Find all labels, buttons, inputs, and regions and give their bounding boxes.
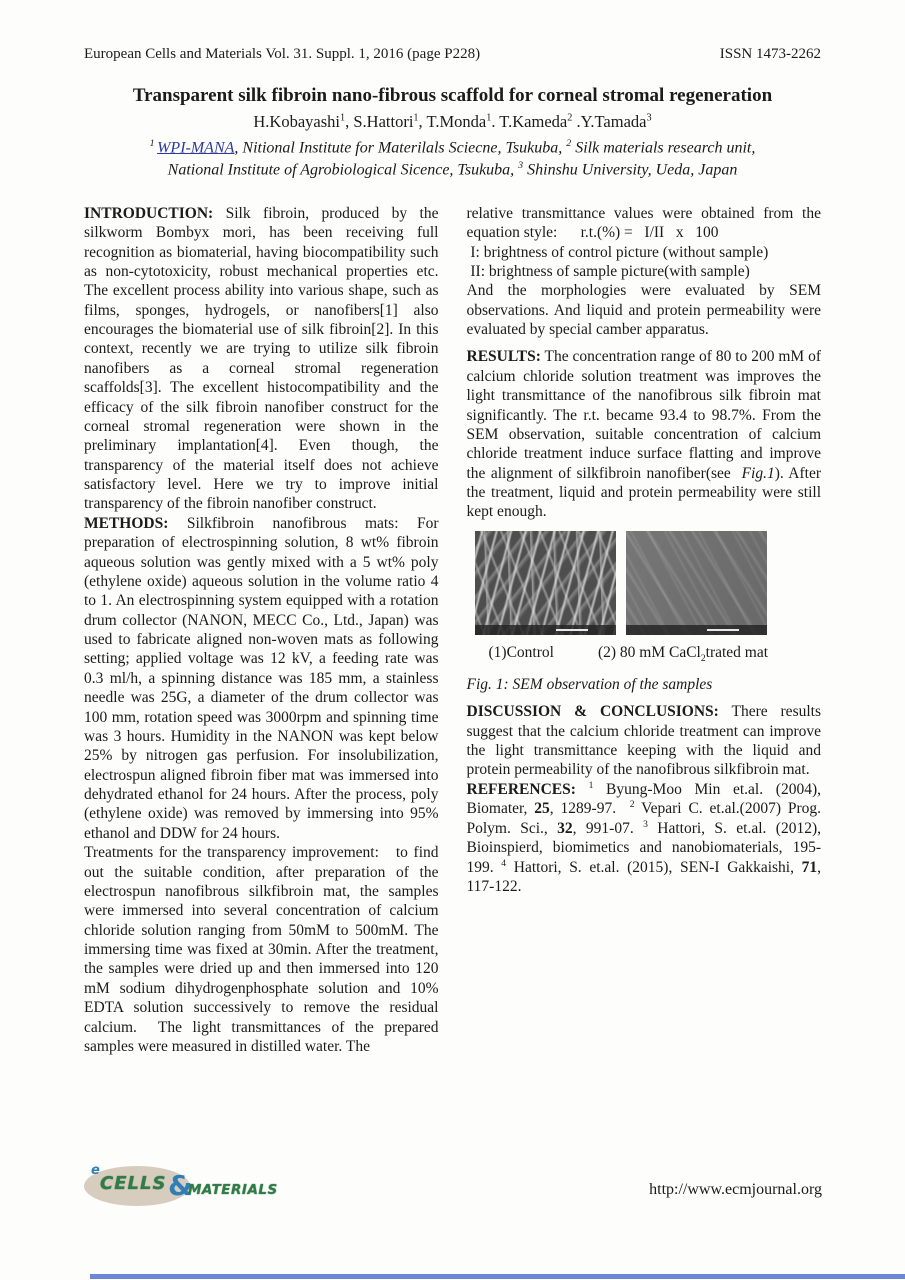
page-bottom-strip bbox=[90, 1274, 905, 1279]
text-segment: , T.Monda bbox=[419, 112, 487, 131]
text-segment: (2) 80 mM CaCl bbox=[598, 644, 701, 661]
text-segment: , S.Hattori bbox=[345, 112, 413, 131]
authors-line: H.Kobayashi1, S.Hattori1, T.Monda1. T.Ka… bbox=[84, 112, 821, 132]
logo-cells-text: CELLS bbox=[100, 1173, 166, 1194]
text-segment: Treatments for the transparency improvem… bbox=[84, 844, 439, 1055]
text-segment: , Nitional Institute for Materilals Scie… bbox=[234, 139, 566, 156]
text-segment: Hattori, S. et.al. (2015), SEN-I Gakkais… bbox=[506, 859, 802, 876]
text-segment: RESULTS: bbox=[467, 348, 541, 365]
text-segment: , 991-07. bbox=[573, 820, 643, 837]
paper-title: Transparent silk fibroin nano-fibrous sc… bbox=[84, 85, 821, 107]
right-column: relative transmittance values were obtai… bbox=[467, 204, 822, 1057]
text-segment bbox=[576, 781, 589, 798]
equation-line-I: I: brightness of control picture (withou… bbox=[467, 243, 822, 262]
equation-line-II: II: brightness of sample picture(with sa… bbox=[467, 262, 822, 281]
sem-captions-row: (1)Control (2) 80 mM CaCl2trated mat bbox=[467, 643, 822, 665]
page-footer: e CELLS & MATERIALS http://www.ecmjourna… bbox=[84, 1163, 822, 1215]
text-segment: Silkfibroin nanofibrous mats: For prepar… bbox=[84, 515, 439, 842]
affiliations-line: 1 WPI-MANA, Nitional Institute for Mater… bbox=[84, 137, 821, 181]
logo-materials-text: MATERIALS bbox=[188, 1182, 278, 1198]
text-segment: 32 bbox=[557, 820, 573, 837]
figure-1: (1)Control (2) 80 mM CaCl2trated mat Fig… bbox=[467, 531, 822, 694]
ecm-journal-logo: e CELLS & MATERIALS bbox=[84, 1163, 264, 1215]
two-column-body: INTRODUCTION: Silk fibroin, produced by … bbox=[84, 204, 821, 1057]
morphology-paragraph: And the morphologies were evaluated by S… bbox=[467, 281, 822, 339]
scale-bar-icon bbox=[707, 629, 739, 631]
paper-page: European Cells and Materials Vol. 31. Su… bbox=[0, 0, 905, 1280]
results-paragraph: RESULTS: The concentration range of 80 t… bbox=[467, 347, 822, 521]
sem-image-row bbox=[475, 531, 822, 635]
text-segment: relative transmittance values were obtai… bbox=[467, 205, 822, 241]
paper-content: European Cells and Materials Vol. 31. Su… bbox=[0, 0, 905, 1056]
sem-treated-image bbox=[626, 531, 767, 635]
sem-control-image bbox=[475, 531, 616, 635]
text-segment: DISCUSSION & CONCLUSIONS: bbox=[467, 703, 719, 720]
text-segment: Fig.1 bbox=[742, 465, 775, 482]
issn-number: ISSN 1473-2262 bbox=[720, 46, 821, 63]
caption-treated: (2) 80 mM CaCl2trated mat bbox=[598, 643, 768, 665]
text-segment: Shinshu University, Ueda, Japan bbox=[523, 161, 737, 178]
text-segment: The concentration range of 80 to 200 mM … bbox=[467, 348, 822, 481]
sem-control-infobar bbox=[475, 625, 616, 635]
text-segment: 25 bbox=[534, 801, 550, 818]
text-segment: 1 bbox=[150, 138, 157, 149]
journal-url-link[interactable]: http://www.ecmjournal.org bbox=[649, 1181, 822, 1199]
text-segment: METHODS: bbox=[84, 515, 168, 532]
introduction-paragraph: INTRODUCTION: Silk fibroin, produced by … bbox=[84, 204, 439, 514]
text-segment: trated mat bbox=[706, 644, 768, 661]
methods-continuation-paragraph: relative transmittance values were obtai… bbox=[467, 204, 822, 243]
text-segment: National Institute of Agrobiological Sic… bbox=[168, 161, 519, 178]
text-segment: Silk fibroin, produced by the silkworm B… bbox=[84, 205, 439, 513]
discussion-paragraph: DISCUSSION & CONCLUSIONS: There results … bbox=[467, 702, 822, 780]
left-column: INTRODUCTION: Silk fibroin, produced by … bbox=[84, 204, 439, 1057]
wpi-mana-link[interactable]: WPI-MANA bbox=[157, 139, 234, 156]
figure-caption: Fig. 1: SEM observation of the samples bbox=[467, 675, 822, 694]
methods-paragraph: METHODS: Silkfibroin nanofibrous mats: F… bbox=[84, 514, 439, 843]
text-segment: INTRODUCTION: bbox=[84, 205, 213, 222]
text-segment: 3 bbox=[646, 113, 651, 124]
text-segment: REFERENCES: bbox=[467, 781, 576, 798]
caption-control: (1)Control bbox=[489, 643, 554, 665]
text-segment: 71 bbox=[802, 859, 818, 876]
page-header: European Cells and Materials Vol. 31. Su… bbox=[84, 46, 821, 63]
text-segment: , 1289-97. bbox=[550, 801, 630, 818]
scale-bar-icon bbox=[556, 629, 588, 631]
logo-e-letter: e bbox=[91, 1163, 100, 1178]
text-segment: . T.Kameda bbox=[491, 112, 567, 131]
text-segment: H.Kobayashi bbox=[253, 112, 340, 131]
text-segment: .Y.Tamada bbox=[572, 112, 646, 131]
text-segment: Silk materials research unit, bbox=[571, 139, 755, 156]
references-paragraph: REFERENCES: 1 Byung-Moo Min et.al. (2004… bbox=[467, 780, 822, 897]
sem-treated-infobar bbox=[626, 625, 767, 635]
treatments-paragraph: Treatments for the transparency improvem… bbox=[84, 843, 439, 1056]
journal-volume-line: European Cells and Materials Vol. 31. Su… bbox=[84, 46, 480, 63]
